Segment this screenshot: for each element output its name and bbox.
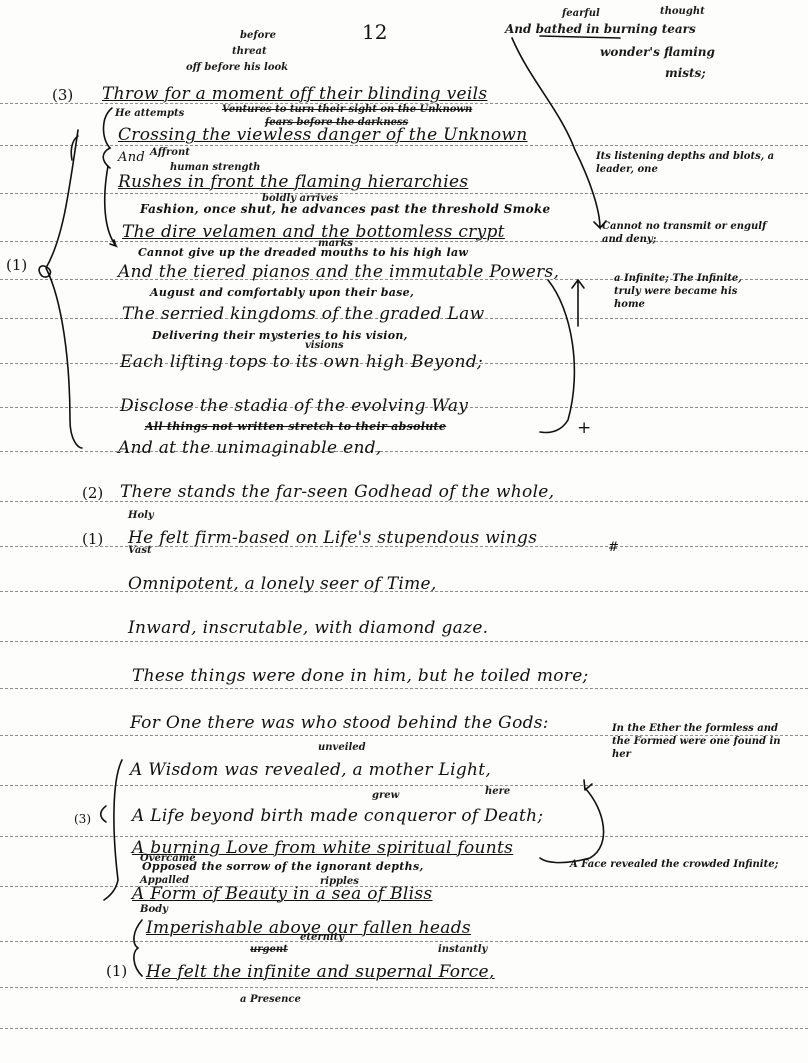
manuscript-page: 12 before threat off before his look fea… — [0, 0, 808, 1063]
editorial-marks — [0, 0, 808, 1063]
